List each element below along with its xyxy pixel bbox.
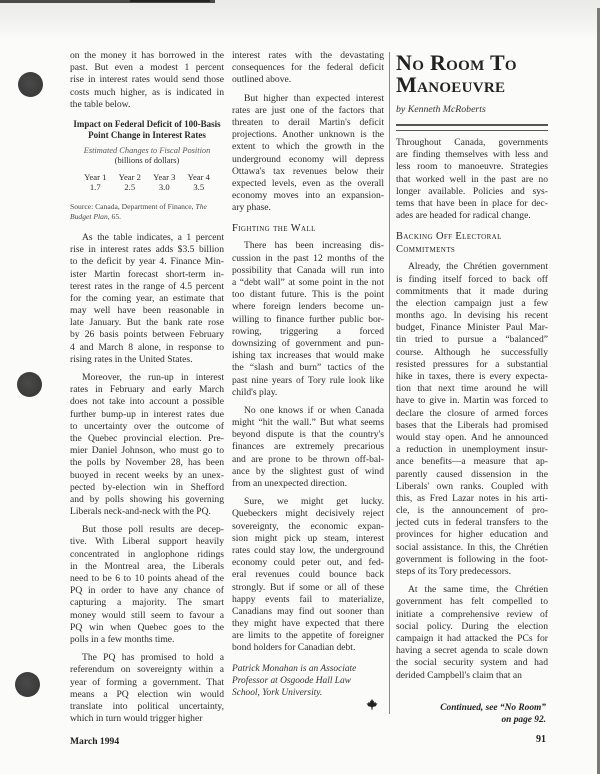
text-line: and are prone to be thrown off-bal-: [232, 454, 384, 466]
text-line: economy moves into an expansion-: [232, 190, 384, 202]
text-line: bond holders for Canadian debt.: [232, 642, 384, 654]
text-line: Ottawa's tax revenues below their: [232, 166, 384, 178]
table-value-cell: 3.0: [147, 182, 182, 192]
text-line: projections. Another unknown is the: [232, 129, 384, 141]
text-line: that worked well in the past are no: [396, 174, 548, 186]
text-line: beyond dispute is that the country's: [232, 429, 384, 441]
text-line: extent to which the growth in the: [232, 141, 384, 153]
text-line: rowing, triggering a forced: [232, 326, 384, 338]
column-divider: [389, 52, 390, 714]
text-line: sovereignty, the economic expan-: [232, 521, 384, 533]
text-line: eral revenues could bounce back: [232, 569, 384, 581]
table-header-cell: Year 1: [78, 172, 113, 182]
text-line: means a PQ election win would: [70, 689, 224, 701]
text-line: initiate a comprehensive review of: [396, 609, 548, 621]
text-line: government has felt compelled to: [396, 596, 548, 608]
text-line: buoyed in recent weeks by an unex-: [70, 470, 224, 482]
section-heading: Backing Off Electoral Commitments: [396, 230, 548, 256]
text-line: past. But even a modest 1 percent: [70, 62, 224, 74]
text-line: No one knows if or when Canada: [232, 405, 384, 417]
text-line: tems that have been in place for dec-: [396, 198, 548, 210]
author-note-line: Professor at Osgoode Hall Law: [232, 675, 384, 687]
text-line: to the deficit by year 4. Finance Min-: [70, 256, 224, 268]
text-line: months ago. In devising his recent: [396, 310, 548, 322]
text-line: finances are extremely precarious: [232, 441, 384, 453]
column-right: No Room To Manoeuvre by Kenneth McRobert…: [396, 50, 548, 682]
table-title-line: Point Change in Interest Rates: [70, 130, 224, 141]
text-line: provinces for higher education and: [396, 529, 548, 541]
text-line: campaign it had attacked the PCs for: [396, 633, 548, 645]
text-line: need to be 6 to 10 points ahead of the: [70, 573, 224, 585]
table-units: (billions of dollars): [70, 156, 224, 166]
text-line: this, as Fred Lazar notes in his arti-: [396, 493, 548, 505]
text-line: PQ win when Quebec goes to the: [70, 622, 224, 634]
text-line: might “hit the wall.” But what seems: [232, 417, 384, 429]
text-line: rising rates in the United States.: [70, 354, 224, 366]
text-line: As the table indicates, a 1 percent: [70, 232, 224, 244]
text-line: the “slash and burn” tactics of the: [232, 362, 384, 374]
table-source: Source: Canada, Department of Finance, T…: [70, 202, 224, 222]
text-line: government is following in the foot-: [396, 554, 548, 566]
text-line: ary phase.: [232, 202, 384, 214]
paragraph: There has been increasing dis-cussion in…: [232, 240, 384, 398]
paragraph: on the money it has borrowed in thepast.…: [70, 50, 224, 111]
paragraph: But higher than expected interestrates a…: [232, 93, 384, 215]
text-line: is finding itself forced to back off: [396, 274, 548, 286]
text-line: mier Daniel Johnson, who must go to: [70, 445, 224, 457]
text-line: ance benefits—a measure that ap-: [396, 456, 548, 468]
text-line: cle, is the announcement of pro-: [396, 505, 548, 517]
paragraph: Moreover, the run-up in interestrates in…: [70, 372, 224, 518]
deficit-table: Impact on Federal Deficit of 100-Basis P…: [70, 119, 224, 222]
page-number: 91: [520, 734, 546, 745]
text-line: Throughout Canada, governments: [396, 137, 548, 149]
text-line: 4 and March 8 alone, in response to: [70, 342, 224, 354]
text-line: by 26 basis points between February: [70, 329, 224, 341]
text-line: social policy. During the election: [396, 621, 548, 633]
text-line: terest rates in the range of 4.5 percent: [70, 281, 224, 293]
text-line: are limits to the appetite of foreigner: [232, 630, 384, 642]
text-line: and by polls showing his governing: [70, 494, 224, 506]
title-rule: [396, 124, 548, 131]
text-line: underground economy will depress: [232, 154, 384, 166]
text-line: for the coming year, an estimate that: [70, 293, 224, 305]
table-header-cell: Year 2: [113, 172, 148, 182]
text-line: willing to finance further public bor-: [232, 314, 384, 326]
text-line: sion might pick up steam, interest: [232, 533, 384, 545]
text-line: rise in interest rates would send those: [70, 74, 224, 86]
text-line: derided Campbell's claim that an: [396, 670, 548, 682]
maple-leaf-icon: [365, 698, 379, 712]
continued-line: on page 92.: [430, 714, 546, 726]
text-line: too distant future. This is the point: [232, 289, 384, 301]
text-line: Quebeckers might decisively reject: [232, 508, 384, 520]
text-line: the social security system and had: [396, 657, 548, 669]
text-line: social assistance. In this, the Chrétien: [396, 542, 548, 554]
text-line: year of forming a government. That: [70, 677, 224, 689]
text-line: are finding themselves with less and: [396, 149, 548, 161]
author-note: Patrick Monahan is an Associate Professo…: [232, 663, 384, 699]
text-line: resisted pressures for a substantial: [396, 359, 548, 371]
column-left: on the money it has borrowed in thepast.…: [70, 50, 224, 725]
text-line: interest rates with the devastating: [232, 50, 384, 62]
article-title: No Room To Manoeuvre: [396, 52, 548, 96]
punch-hole-icon: [15, 672, 40, 697]
text-line: budget, Finance Minister Paul Mar-: [396, 322, 548, 334]
table-header-cell: Year 3: [147, 172, 182, 182]
text-line: concentrated in anglophone ridings: [70, 549, 224, 561]
text-line: they might have expected that there: [232, 618, 384, 630]
text-line: economy could peter out, and fed-: [232, 557, 384, 569]
punch-hole-icon: [18, 72, 43, 97]
text-line: pected by-election win in Shefford: [70, 482, 224, 494]
table-value-cell: 3.5: [182, 182, 217, 192]
text-line: Moreover, the run-up in interest: [70, 372, 224, 384]
text-line: rates could stay low, the underground: [232, 545, 384, 557]
text-line: translate into political uncertainty,: [70, 701, 224, 713]
text-line: There has been increasing dis-: [232, 240, 384, 252]
text-line: The PQ has promised to hold a: [70, 652, 224, 664]
text-line: on the money it has borrowed in the: [70, 50, 224, 62]
text-line: capturing a majority. The smart: [70, 597, 224, 609]
text-line: ades are headed for radical change.: [396, 210, 548, 222]
text-line: strongly. But if some or all of these: [232, 582, 384, 594]
text-line: course. Although he successfully: [396, 347, 548, 359]
text-line: possibility that Canada will run into: [232, 265, 384, 277]
table-value-cell: 2.5: [113, 182, 148, 192]
text-line: does not take into account a possible: [70, 396, 224, 408]
text-line: have to give in. Martin was forced to: [396, 395, 548, 407]
text-line: Already, the Chrétien government: [396, 261, 548, 273]
text-line: rates are just one of the factors that: [232, 105, 384, 117]
continued-note: Continued, see “No Room” on page 92.: [430, 702, 546, 726]
text-line: further bump-up in interest rates due: [70, 409, 224, 421]
paragraph: Sure, we might get lucky.Quebeckers migh…: [232, 496, 384, 654]
text-line: outlined above.: [232, 74, 384, 86]
paragraph: As the table indicates, a 1 percentrise …: [70, 232, 224, 366]
table-title: Impact on Federal Deficit of 100-Basis P…: [70, 119, 224, 141]
text-line: Canadians may find out sooner than: [232, 606, 384, 618]
text-line: polls in a few months time.: [70, 634, 224, 646]
text-line: rates in February and early March: [70, 384, 224, 396]
paragraph: At the same time, the Chrétiengovernment…: [396, 584, 548, 682]
text-line: ishing tax increases that would make: [232, 350, 384, 362]
text-line: threaten to derail Martin's deficit: [232, 117, 384, 129]
text-line: longer available. Policies and sys-: [396, 186, 548, 198]
text-line: But those poll results are decep-: [70, 524, 224, 536]
table-header-cell: Year 4: [182, 172, 217, 182]
text-line: Liberals' own ranks. Coupled with: [396, 481, 548, 493]
text-line: Sure, we might get lucky.: [232, 496, 384, 508]
text-line: a “debt wall” at some point in the not: [232, 277, 384, 289]
text-line: less room to manoeuvre. Strategies: [396, 161, 548, 173]
text-line: which in turn would trigger higher: [70, 713, 224, 725]
text-line: where foreign lenders become un-: [232, 301, 384, 313]
text-line: the Quebec provincial election. Pre-: [70, 433, 224, 445]
text-line: PQ in order to have any chance of: [70, 585, 224, 597]
footer-date: March 1994: [70, 736, 119, 747]
text-line: child's play.: [232, 387, 384, 399]
table-value-cell: 1.7: [78, 182, 113, 192]
article-title-line: No Room To: [396, 52, 548, 74]
text-line: the election campaign just a few: [396, 298, 548, 310]
section-heading-line: Backing Off Electoral: [396, 230, 548, 243]
punch-hole-icon: [17, 372, 42, 397]
table-subtitle: Estimated Changes to Fiscal Position: [70, 145, 224, 156]
text-line: consequences for the federal deficit: [232, 62, 384, 74]
text-line: the table below.: [70, 99, 224, 111]
paragraph: interest rates with the devastatingconse…: [232, 50, 384, 87]
text-line: past nine years of Tory rule look like: [232, 375, 384, 387]
text-line: But higher than expected interest: [232, 93, 384, 105]
text-line: expected levels, even as the overall: [232, 178, 384, 190]
text-line: declare the closure of armed forces: [396, 408, 548, 420]
scan-shading: [0, 0, 600, 40]
text-line: would stay open. And he announced: [396, 432, 548, 444]
text-line: tin tried to pursue a “balanced”: [396, 334, 548, 346]
text-line: commitments that it made during: [396, 286, 548, 298]
text-line: steps of its Tory predecessors.: [396, 566, 548, 578]
text-line: costs much higher, as is indicated in: [70, 87, 224, 99]
text-line: tive. With Liberal support heavily: [70, 536, 224, 548]
text-line: happy events fail to materialize,: [232, 594, 384, 606]
paragraph: Throughout Canada, governmentsare findin…: [396, 137, 548, 222]
author-note-line: School, York University.: [232, 687, 384, 699]
text-line: late January. But the bank rate rose: [70, 317, 224, 329]
text-line: may well have been reasonable in: [70, 305, 224, 317]
text-line: downsizing of government and pun-: [232, 338, 384, 350]
text-line: from an unexpected direction.: [232, 478, 384, 490]
text-line: the polls by November 28, has been: [70, 457, 224, 469]
paragraph: No one knows if or when Canadamight “hit…: [232, 405, 384, 490]
text-line: At the same time, the Chrétien: [396, 584, 548, 596]
author-note-line: Patrick Monahan is an Associate: [232, 663, 384, 675]
paragraph: Already, the Chrétien governmentis findi…: [396, 261, 548, 578]
table-title-line: Impact on Federal Deficit of 100-Basis: [70, 119, 224, 130]
text-line: tion that next time around he will: [396, 383, 548, 395]
table-grid: Year 1 Year 2 Year 3 Year 4 1.7 2.5 3.0 …: [78, 172, 216, 192]
text-line: ance by the slightest gust of wind: [232, 466, 384, 478]
text-line: referendum on sovereignty within a: [70, 664, 224, 676]
table-source-text: Source: Canada, Department of Finance,: [70, 202, 195, 211]
text-line: Liberals neck-and-neck with the PQ.: [70, 506, 224, 518]
section-heading: Fighting the Wall: [232, 222, 384, 235]
article-title-line: Manoeuvre: [396, 74, 548, 96]
column-middle: interest rates with the devastatingconse…: [232, 50, 384, 699]
text-line: in the Montreal area, the Liberals: [70, 561, 224, 573]
text-line: money would still seem to favour a: [70, 610, 224, 622]
text-line: cussion in the past 12 months of the: [232, 253, 384, 265]
text-line: hike in taxes, there is every expecta-: [396, 371, 548, 383]
text-line: jected cuts in federal transfers to the: [396, 517, 548, 529]
article-byline: by Kenneth McRoberts: [396, 104, 548, 116]
text-line: bases that the Liberals had promised: [396, 420, 548, 432]
scan-artifact-bar: [130, 0, 210, 2]
text-line: a reduction in unemployment insur-: [396, 444, 548, 456]
text-line: to uncertainty over the outcome of: [70, 421, 224, 433]
paragraph: But those poll results are decep-tive. W…: [70, 524, 224, 646]
continued-line: Continued, see “No Room”: [430, 702, 546, 714]
text-line: having a secret agenda to scale down: [396, 645, 548, 657]
section-heading-line: Commitments: [396, 243, 548, 256]
text-line: ister Martin forecast short-term in-: [70, 269, 224, 281]
table-source-text: , 65.: [108, 212, 121, 221]
text-line: parently caused dissension in the: [396, 469, 548, 481]
paragraph: The PQ has promised to hold areferendum …: [70, 652, 224, 725]
text-line: rise in interest rates adds $3.5 billion: [70, 244, 224, 256]
